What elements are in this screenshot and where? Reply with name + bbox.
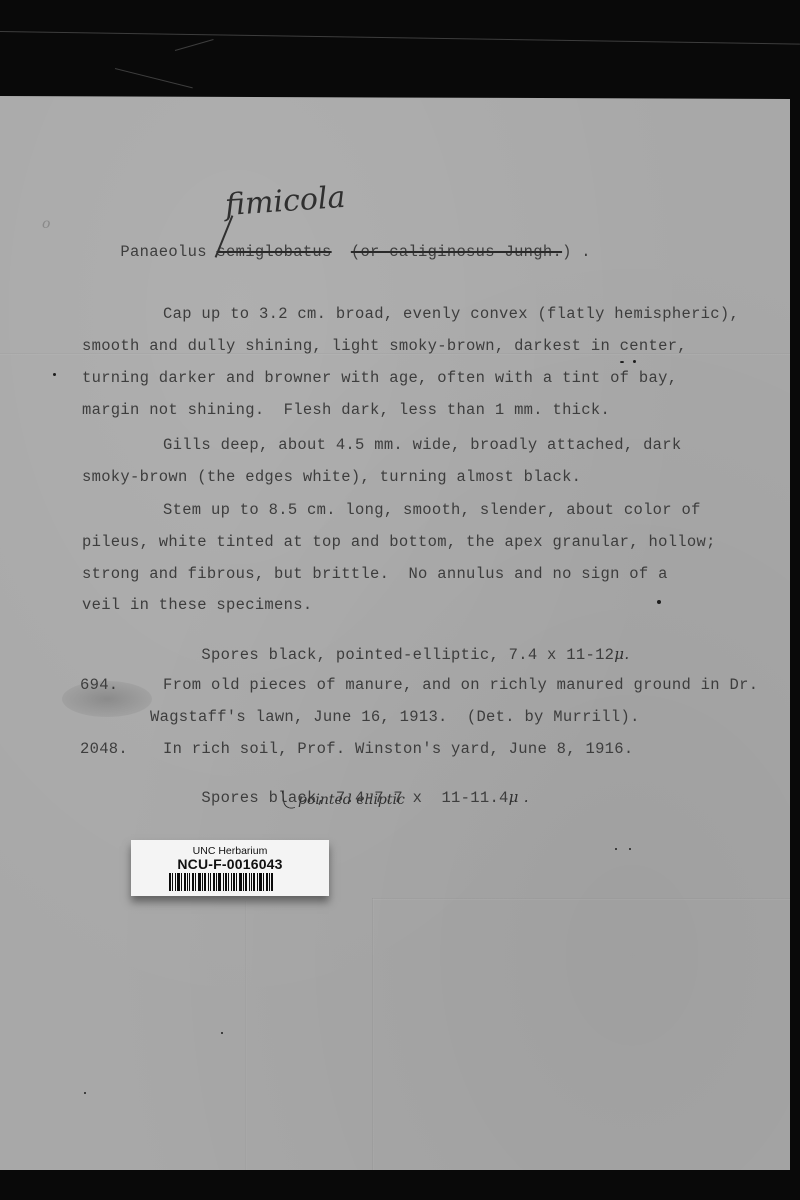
paper-fold-vertical bbox=[372, 898, 374, 1170]
herbarium-sheet: o Panaeolus semiglobatus (or caliginosus… bbox=[0, 96, 790, 1170]
cap-description-line: margin not shining. Flesh dark, less tha… bbox=[82, 403, 610, 419]
paper-fold-horizontal bbox=[372, 898, 790, 900]
handwritten-note-pointed-elliptic: pointed elliptic bbox=[298, 792, 405, 808]
cap-description-line: Cap up to 3.2 cm. broad, evenly convex (… bbox=[163, 307, 739, 323]
collection-number: 694. bbox=[80, 678, 118, 694]
title-closing: ) . bbox=[562, 243, 591, 261]
handwritten-micron-unit: μ. bbox=[614, 645, 629, 663]
species-title: Panaeolus semiglobatus (or caliginosus J… bbox=[82, 229, 591, 276]
ink-speck bbox=[53, 373, 56, 376]
stem-description-line: pileus, white tinted at top and bottom, … bbox=[82, 535, 716, 551]
ink-speck bbox=[633, 360, 636, 363]
collection-number: 2048. bbox=[80, 742, 128, 758]
specimen-barcode-label: UNC Herbarium NCU-F-0016043 bbox=[131, 840, 329, 896]
title-spacer bbox=[332, 243, 351, 261]
stem-description-line: strong and fibrous, but brittle. No annu… bbox=[82, 567, 668, 583]
backdrop-scratch bbox=[0, 31, 800, 45]
spores-text: Spores black, pointed-elliptic, 7.4 x 11… bbox=[201, 646, 614, 664]
ink-speck bbox=[615, 848, 617, 850]
stem-description-line: Stem up to 8.5 cm. long, smooth, slender… bbox=[163, 503, 701, 519]
spores-description-line: Spores black, pointed-elliptic, 7.4 x 11… bbox=[163, 631, 629, 679]
ink-speck bbox=[84, 1092, 86, 1094]
gills-description-line: smoky-brown (the edges white), turning a… bbox=[82, 470, 581, 486]
ink-speck bbox=[620, 361, 624, 363]
backdrop-scratch bbox=[175, 39, 214, 51]
gills-description-line: Gills deep, about 4.5 mm. wide, broadly … bbox=[163, 438, 681, 454]
margin-pencil-mark: o bbox=[42, 216, 50, 232]
ink-speck bbox=[657, 600, 661, 604]
paper-fold-vertical bbox=[245, 901, 247, 1170]
ink-speck bbox=[629, 848, 631, 850]
struck-alternative-name: (or caliginosus Jungh. bbox=[351, 243, 562, 261]
stem-description-line: veil in these specimens. bbox=[82, 598, 312, 614]
catalog-number: NCU-F-0016043 bbox=[131, 856, 329, 872]
handwritten-micron-unit: μ . bbox=[509, 788, 529, 806]
struck-species-name: semiglobatus bbox=[216, 243, 331, 261]
collection-note-line: In rich soil, Prof. Winston's yard, June… bbox=[163, 742, 633, 758]
backdrop-scratch bbox=[115, 68, 193, 88]
handwritten-species-correction: fimicola bbox=[224, 180, 347, 223]
collection-note-line: Wagstaff's lawn, June 16, 1913. (Det. by… bbox=[150, 710, 640, 726]
barcode-icon bbox=[169, 873, 289, 891]
cap-description-line: turning darker and browner with age, oft… bbox=[82, 371, 677, 387]
genus-name: Panaeolus bbox=[120, 243, 216, 261]
cap-description-line: smooth and dully shining, light smoky-br… bbox=[82, 339, 687, 355]
collection-note-line: From old pieces of manure, and on richly… bbox=[163, 678, 758, 694]
ink-speck bbox=[221, 1032, 223, 1034]
